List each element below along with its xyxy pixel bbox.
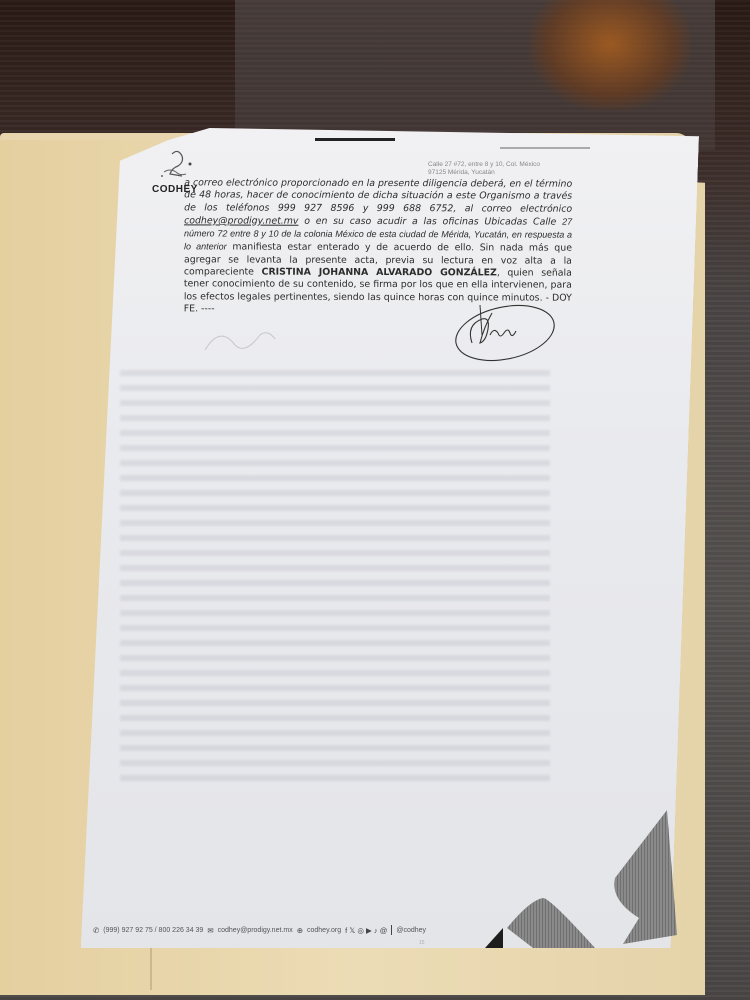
footer-divider — [391, 925, 392, 935]
paragraph-seg1: a correo electrónico proporcionado en la… — [184, 177, 572, 214]
footer-handle: @codhey — [396, 927, 426, 934]
header-address: Calle 27 #72, entre 8 y 10, Col. México … — [428, 161, 588, 177]
social-icons: f 𝕏 ◎ ▶ ♪ @ — [345, 926, 387, 935]
footer-phones: (999) 927 92 75 / 800 226 34 39 — [103, 927, 203, 934]
footer-website: codhey.org — [307, 927, 341, 934]
header-address-line2: 97125 Mérida, Yucatán — [428, 169, 588, 177]
document-footer: ✆ (999) 927 92 75 / 800 226 34 39 ✉ codh… — [93, 925, 513, 935]
compareciente-name: CRISTINA JOHANNA ALVARADO GONZÁLEZ — [262, 267, 497, 279]
header-address-line1: Calle 27 #72, entre 8 y 10, Col. México — [428, 161, 588, 169]
paragraph-seg2: o en su caso acudir a las oficinas Ubica… — [298, 216, 562, 228]
header-rule-faint — [500, 147, 590, 149]
header-rule — [315, 138, 395, 141]
faint-signature-icon — [200, 320, 280, 360]
page-number: 15 — [419, 940, 425, 946]
paragraph-email: codhey@prodigy.net.mv — [184, 215, 298, 226]
mail-icon: ✉ — [207, 926, 213, 935]
phone-icon: ✆ — [93, 926, 99, 935]
globe-icon: ⊕ — [297, 926, 303, 935]
corner-decoration-icon — [485, 800, 685, 955]
show-through-text — [120, 370, 550, 790]
signature-icon — [450, 295, 560, 365]
flower-reflection — [530, 0, 690, 110]
footer-email: codhey@prodigy.net.mx — [218, 927, 293, 934]
